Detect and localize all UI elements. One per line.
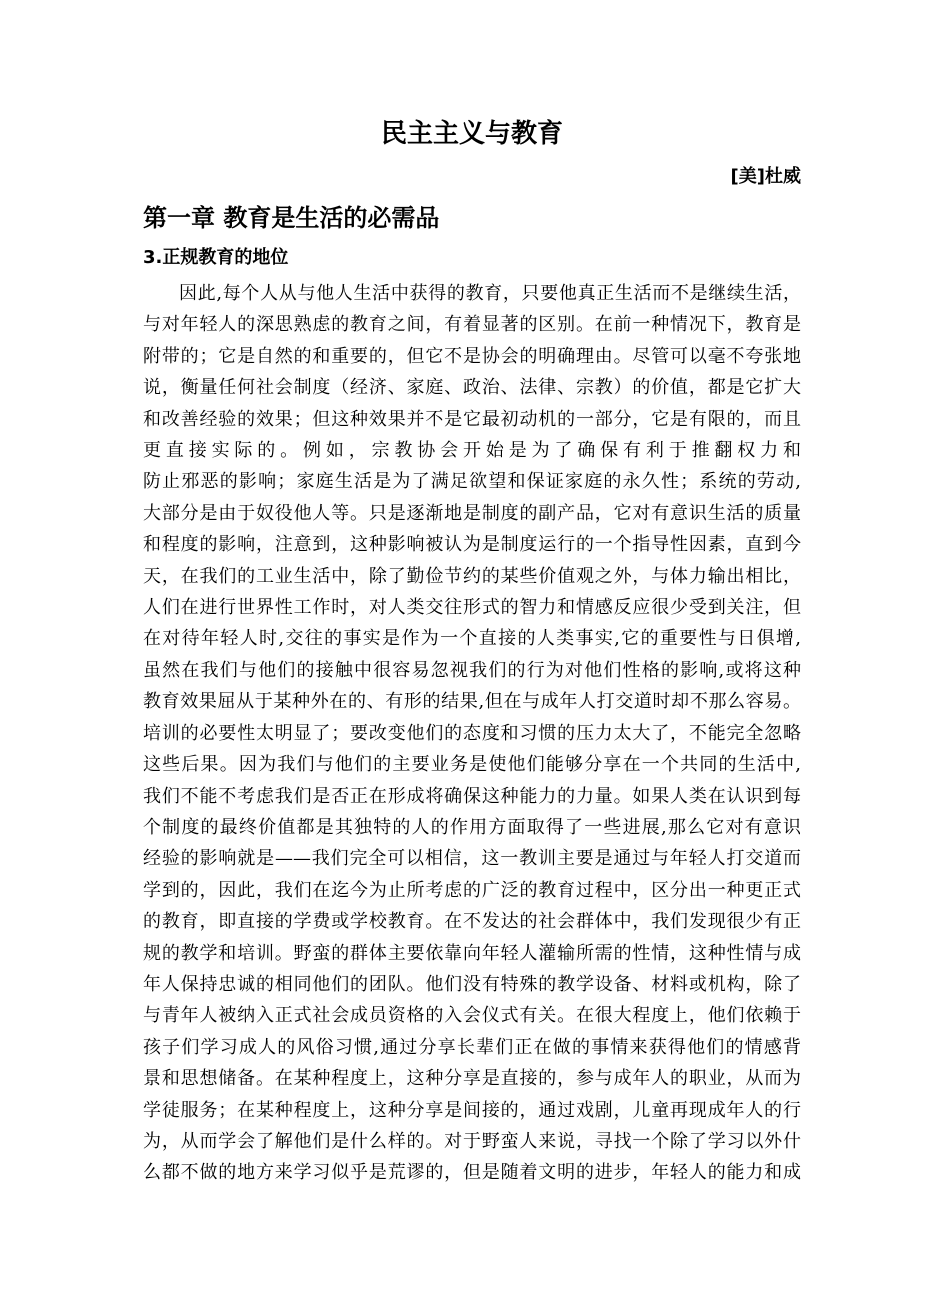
body-line: 和程度的影响，注意到，这种影响被认为是制度运行的一个指导性因素，直到今 — [143, 529, 801, 560]
body-line: 的教育，即直接的学费或学校教育。在不发达的社会群体中，我们发现很少有正 — [143, 906, 801, 937]
chapter-heading: 第一章 教育是生活的必需品 — [143, 202, 801, 234]
body-line: 么都不做的地方来学习似乎是荒谬的，但是随着文明的进步，年轻人的能力和成 — [143, 1157, 801, 1188]
body-line: 说，衡量任何社会制度（经济、家庭、政治、法律、宗教）的价值，都是它扩大 — [143, 372, 801, 403]
body-line: 教育效果屈从于某种外在的、有形的结果,但在与成年人打交道时却不那么容易。 — [143, 686, 801, 717]
body-line: 规的教学和培训。野蛮的群体主要依靠向年轻人灌输所需的性情，这种性情与成 — [143, 938, 801, 969]
author: [美]杜威 — [143, 166, 801, 188]
body-line: 天，在我们的工业生活中，除了勤俭节约的某些价值观之外，与体力输出相比， — [143, 561, 801, 592]
body-line: 孩子们学习成人的风俗习惯,通过分享长辈们正在做的事情来获得他们的情感背 — [143, 1032, 801, 1063]
body-line: 与对年轻人的深思熟虑的教育之间，有着显著的区别。在前一种情况下，教育是 — [143, 309, 801, 340]
body-line: 这些后果。因为我们与他们的主要业务是使他们能够分享在一个共同的生活中, — [143, 749, 801, 780]
body-line: 人们在进行世界性工作时，对人类交往形式的智力和情感反应很少受到关注，但 — [143, 592, 801, 623]
body-line: 和改善经验的效果；但这种效果并不是它最初动机的一部分，它是有限的，而且 — [143, 404, 801, 435]
document-title: 民主主义与教育 — [143, 118, 801, 150]
body-line: 附带的；它是自然的和重要的，但它不是协会的明确理由。尽管可以毫不夸张地 — [143, 341, 801, 372]
body-line: 学到的，因此，我们在迄今为止所考虑的广泛的教育过程中，区分出一种更正式 — [143, 875, 801, 906]
body-line: 因此,每个人从与他人生活中获得的教育，只要他真正生活而不是继续生活， — [143, 278, 801, 309]
body-line: 培训的必要性太明显了；要改变他们的态度和习惯的压力太大了，不能完全忽略 — [143, 718, 801, 749]
body-line: 在对待年轻人时,交往的事实是作为一个直接的人类事实,它的重要性与日俱增, — [143, 623, 801, 654]
body-text: 因此,每个人从与他人生活中获得的教育，只要他真正生活而不是继续生活， 与对年轻人… — [143, 278, 801, 1189]
body-line: 为，从而学会了解他们是什么样的。对于野蛮人来说，寻找一个除了学习以外什 — [143, 1126, 801, 1157]
body-line: 虽然在我们与他们的接触中很容易忽视我们的行为对他们性格的影响,或将这种 — [143, 655, 801, 686]
body-line: 个制度的最终价值都是其独特的人的作用方面取得了一些进展,那么它对有意识 — [143, 812, 801, 843]
body-line: 更直接实际的。例如，宗教协会开始是为了确保有利于推翻权力和 — [143, 435, 801, 466]
body-line: 大部分是由于奴役他人等。只是逐渐地是制度的副产品，它对有意识生活的质量 — [143, 498, 801, 529]
body-line: 经验的影响就是——我们完全可以相信，这一教训主要是通过与年轻人打交道而 — [143, 843, 801, 874]
body-line: 年人保持忠诚的相同他们的团队。他们没有特殊的教学设备、材料或机构，除了 — [143, 969, 801, 1000]
body-line: 与青年人被纳入正式社会成员资格的入会仪式有关。在很大程度上，他们依赖于 — [143, 1000, 801, 1031]
body-line: 防止邪恶的影响；家庭生活是为了满足欲望和保证家庭的永久性；系统的劳动, — [143, 466, 801, 497]
document-page: 民主主义与教育 [美]杜威 第一章 教育是生活的必需品 3.正规教育的地位 因此… — [0, 0, 926, 1309]
body-line: 我们不能不考虑我们是否正在形成将确保这种能力的力量。如果人类在认识到每 — [143, 781, 801, 812]
body-line: 学徒服务；在某种程度上，这种分享是间接的，通过戏剧，儿童再现成年人的行 — [143, 1095, 801, 1126]
section-heading: 3.正规教育的地位 — [143, 246, 801, 270]
body-line: 景和思想储备。在某种程度上，这种分享是直接的，参与成年人的职业，从而为 — [143, 1063, 801, 1094]
